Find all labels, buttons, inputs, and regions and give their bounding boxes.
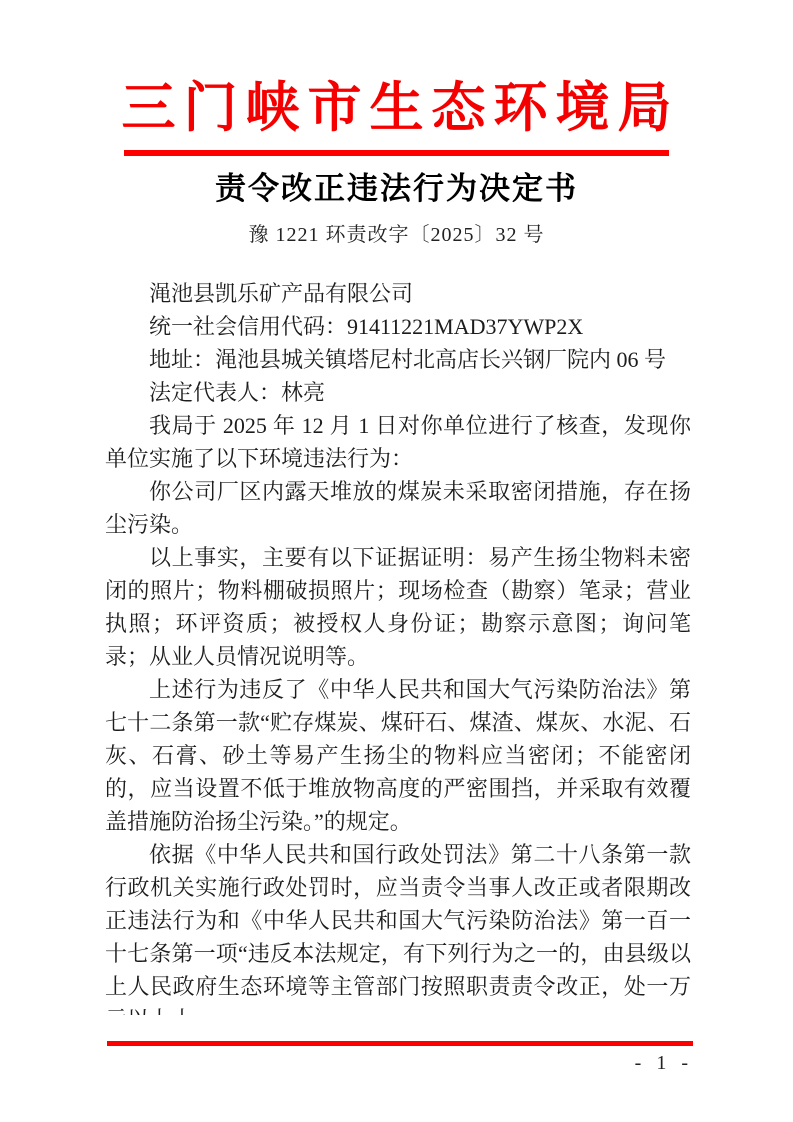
paragraph-address: 地址：渑池县城关镇塔尼村北高店长兴钢厂院内 06 号 <box>105 343 691 376</box>
paragraph-violation: 你公司厂区内露天堆放的煤炭未采取密闭措施，存在扬尘污染。 <box>105 475 691 541</box>
paragraph-legal-basis: 依据《中华人民共和国行政处罚法》第二十八条第一款行政机关实施行政处罚时，应当责令… <box>105 838 691 1015</box>
header-divider <box>124 150 669 156</box>
document-page: 三门峡市生态环境局 责令改正违法行为决定书 豫 1221 环责改字〔2025〕3… <box>0 0 793 1122</box>
paragraph-inspection: 我局于 2025 年 12 月 1 日对你单位进行了核查，发现你单位实施了以下环… <box>105 409 691 475</box>
agency-title: 三门峡市生态环境局 <box>0 80 793 137</box>
footer-divider <box>107 1041 693 1046</box>
document-number: 豫 1221 环责改字〔2025〕32 号 <box>0 223 793 247</box>
document-title: 责令改正违法行为决定书 <box>0 170 793 207</box>
paragraph-law-violated: 上述行为违反了《中华人民共和国大气污染防治法》第七十二条第一款“贮存煤炭、煤矸石… <box>105 673 691 838</box>
paragraph-evidence: 以上事实，主要有以下证据证明：易产生扬尘物料未密闭的照片；物料棚破损照片；现场检… <box>105 541 691 673</box>
page-number: - 1 - <box>635 1052 693 1075</box>
paragraph-credit-code: 统一社会信用代码：91411221MAD37YWP2X <box>105 310 691 343</box>
paragraph-company-name: 渑池县凯乐矿产品有限公司 <box>105 277 691 310</box>
paragraph-legal-rep: 法定代表人：林亮 <box>105 376 691 409</box>
document-body: 渑池县凯乐矿产品有限公司 统一社会信用代码：91411221MAD37YWP2X… <box>105 277 691 1015</box>
